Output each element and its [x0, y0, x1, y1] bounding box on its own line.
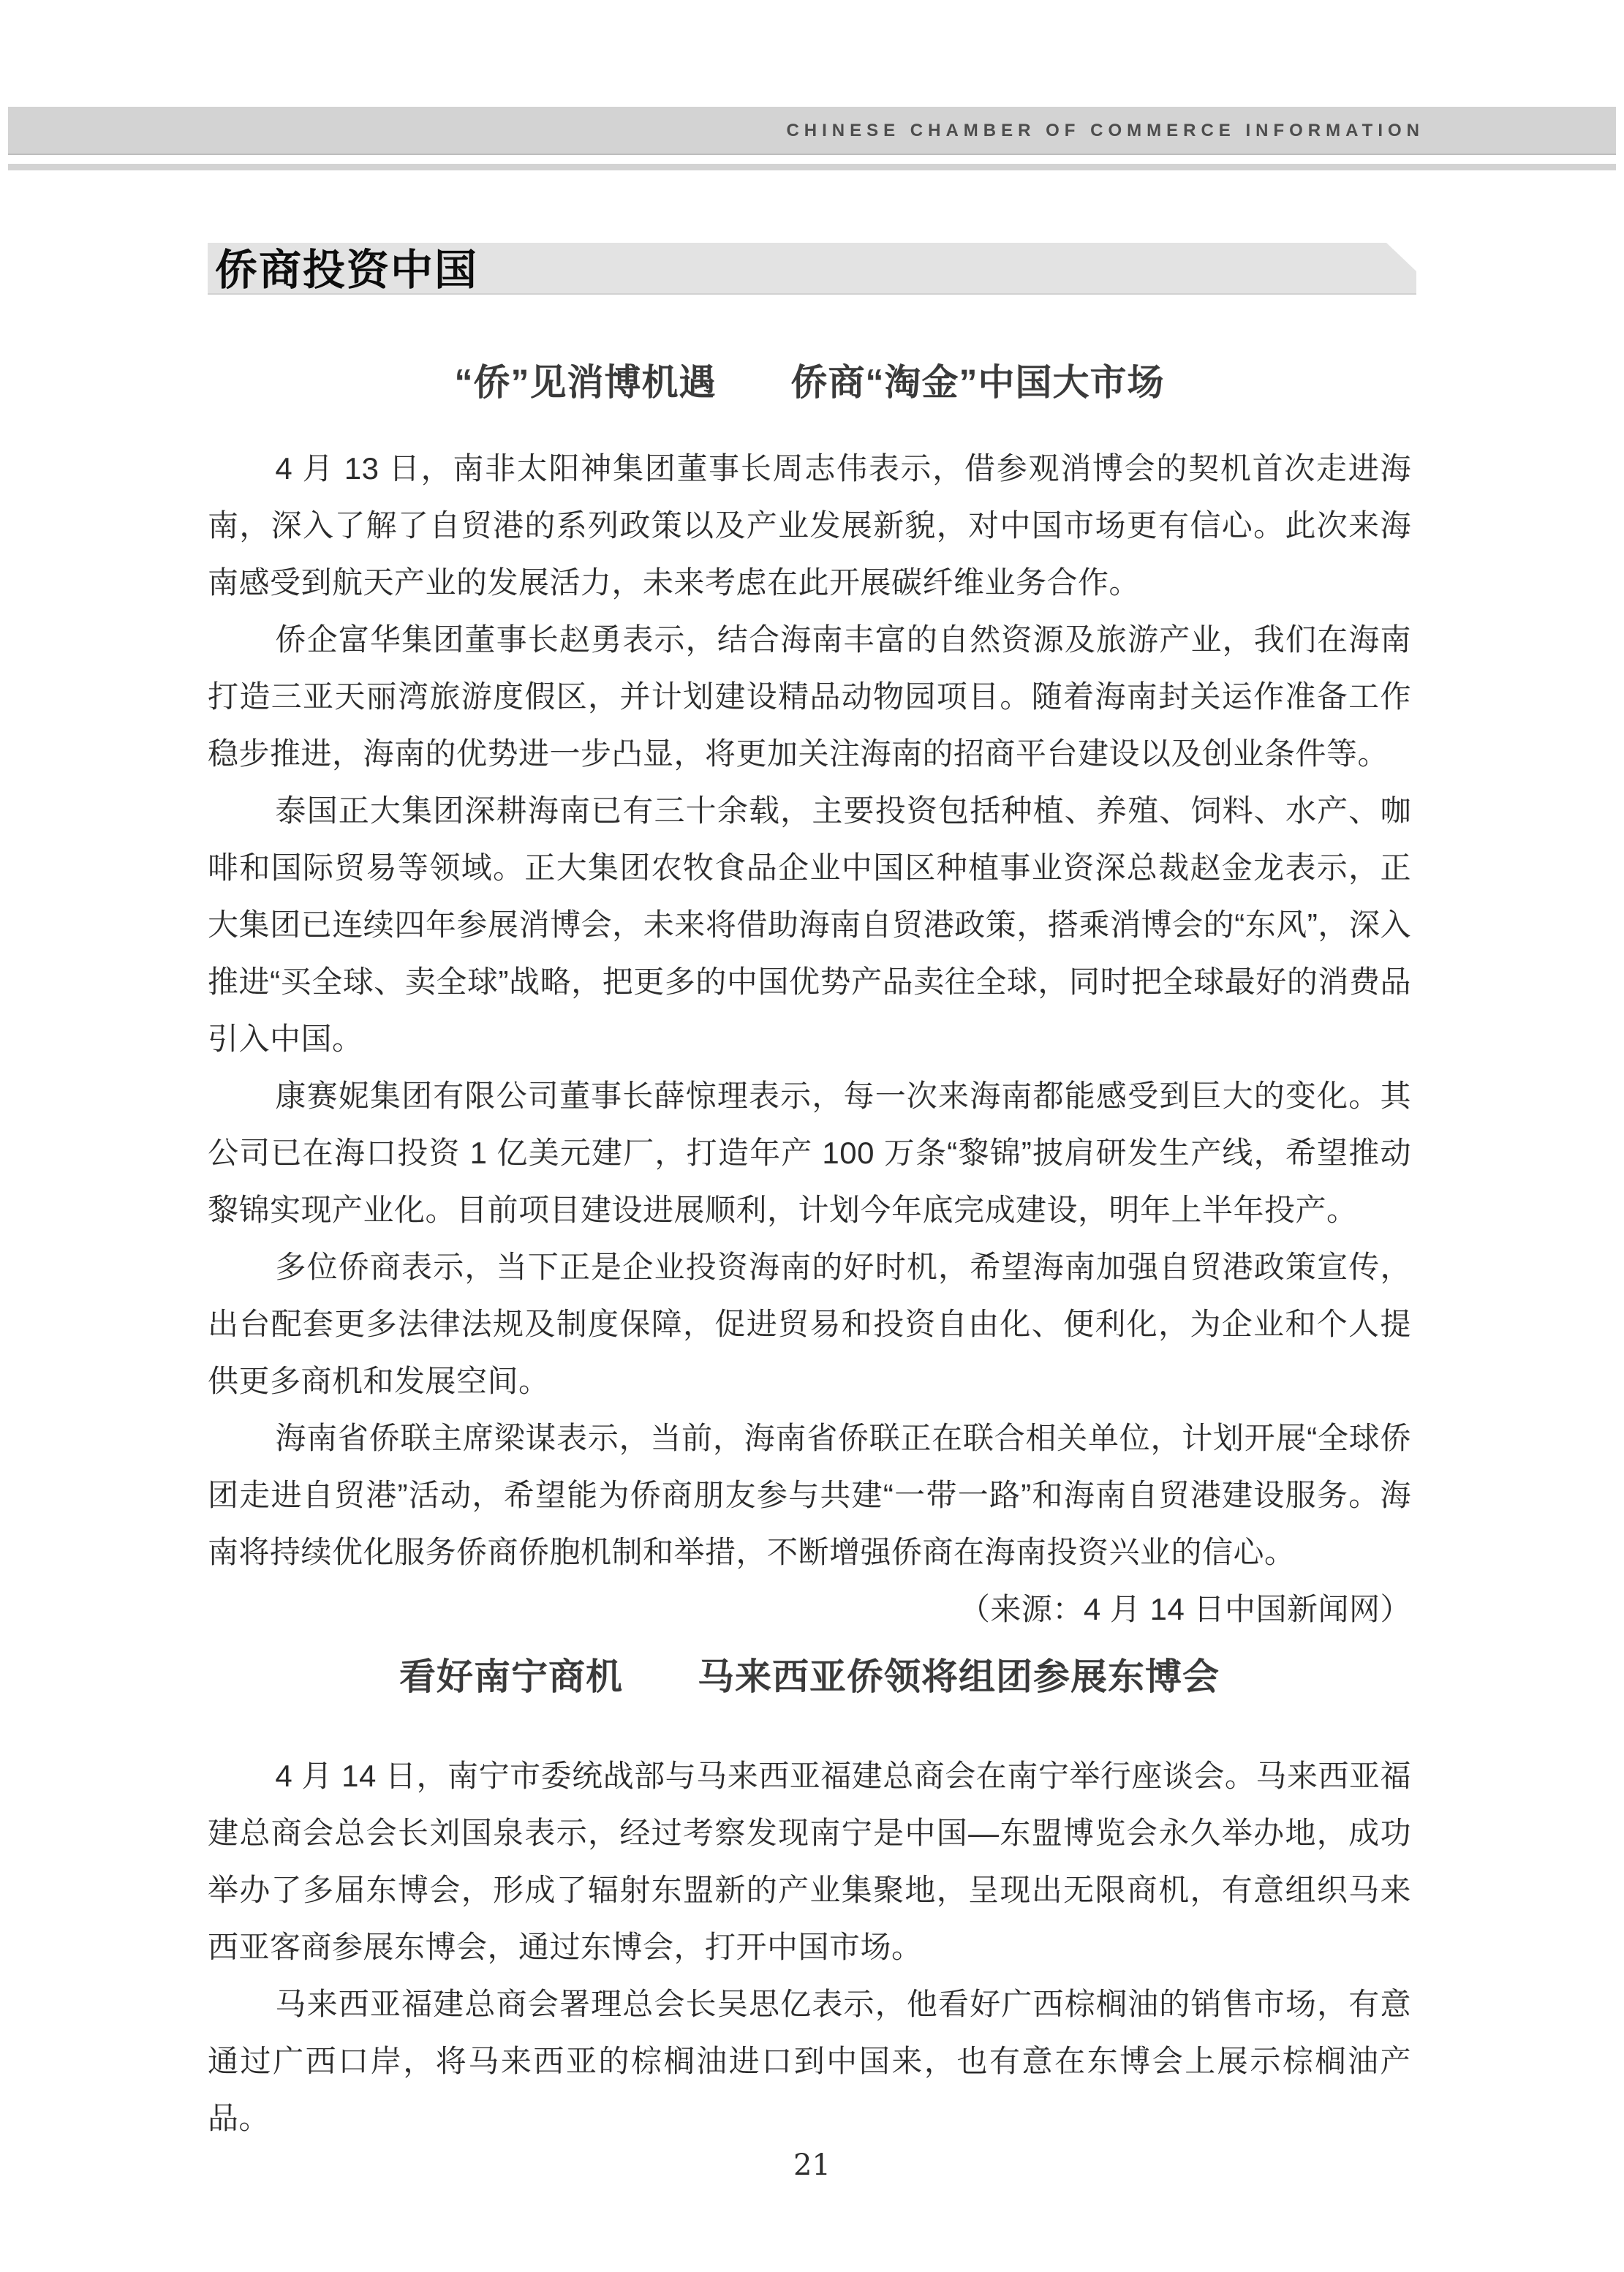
article2-paragraph-2: 马来西亚福建总商会署理总会长吴思亿表示，他看好广西棕榈油的销售市场，有意通过广西…	[208, 1976, 1411, 2147]
article1-source-line: （来源：4 月 14 日中国新闻网）	[208, 1581, 1411, 1638]
document-page: CHINESE CHAMBER OF COMMERCE INFORMATION …	[0, 0, 1624, 2272]
article2-paragraph-1: 4 月 14 日，南宁市委统战部与马来西亚福建总商会在南宁举行座谈会。马来西亚福…	[208, 1748, 1411, 1976]
page-number: 21	[0, 2148, 1624, 2182]
article2-title: 看好南宁商机 马来西亚侨领将组团参展东博会	[208, 1656, 1411, 1698]
article1-paragraph-5: 多位侨商表示，当下正是企业投资海南的好时机，希望海南加强自贸港政策宣传，出台配套…	[208, 1239, 1411, 1410]
section-banner: 侨商投资中国	[208, 243, 1416, 295]
article1-paragraph-1: 4 月 13 日，南非太阳神集团董事长周志伟表示，借参观消博会的契机首次走进海南…	[208, 440, 1411, 611]
article1-paragraph-4: 康赛妮集团有限公司董事长薛惊理表示，每一次来海南都能感受到巨大的变化。其公司已在…	[208, 1068, 1411, 1239]
header-english-title: CHINESE CHAMBER OF COMMERCE INFORMATION	[786, 107, 1424, 154]
header-rule	[8, 164, 1616, 170]
section-banner-title: 侨商投资中国	[215, 243, 478, 297]
article2-body: 4 月 14 日，南宁市委统战部与马来西亚福建总商会在南宁举行座谈会。马来西亚福…	[208, 1748, 1411, 2147]
header-band: CHINESE CHAMBER OF COMMERCE INFORMATION	[8, 107, 1616, 155]
article1-paragraph-3: 泰国正大集团深耕海南已有三十余载，主要投资包括种植、养殖、饲料、水产、咖啡和国际…	[208, 782, 1411, 1068]
article1-paragraph-6: 海南省侨联主席梁谋表示，当前，海南省侨联正在联合相关单位，计划开展“全球侨团走进…	[208, 1410, 1411, 1581]
article1-title: “侨”见消博机遇 侨商“淘金”中国大市场	[208, 361, 1411, 404]
article1-body: 4 月 13 日，南非太阳神集团董事长周志伟表示，借参观消博会的契机首次走进海南…	[208, 440, 1411, 1638]
article1-paragraph-2: 侨企富华集团董事长赵勇表示，结合海南丰富的自然资源及旅游产业，我们在海南打造三亚…	[208, 611, 1411, 782]
